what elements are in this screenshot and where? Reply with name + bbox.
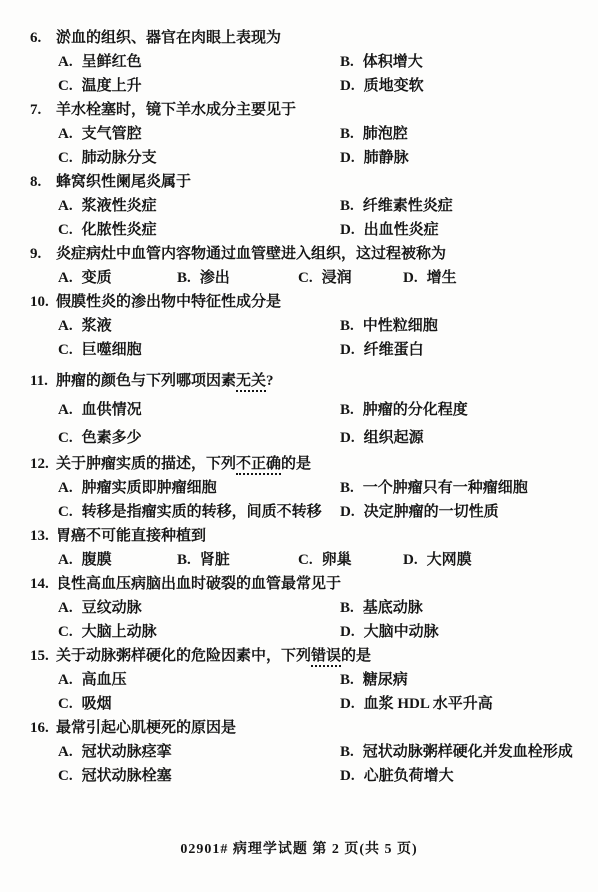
option-label: D. — [340, 342, 355, 358]
question-number: 16. — [30, 716, 56, 740]
options-row: A.浆液性炎症B.纤维素性炎症 — [30, 194, 572, 218]
option-a: A.浆液 — [58, 314, 340, 338]
option-text: 浆液性炎症 — [82, 198, 157, 214]
option-d: D.质地变软 — [340, 74, 572, 98]
question: 12.关于肿瘤实质的描述，下列不正确的是A.肿瘤实质即肿瘤细胞B.一个肿瘤只有一… — [30, 452, 572, 524]
options-row: A.肿瘤实质即肿瘤细胞B.一个肿瘤只有一种瘤细胞 — [30, 476, 572, 500]
option-label: A. — [58, 402, 73, 418]
option-b: B.肾脏 — [177, 548, 298, 572]
question-stem: 良性高血压病脑出血时破裂的血管最常见于 — [56, 572, 572, 596]
option-d: D.大网膜 — [403, 548, 572, 572]
option-text: 高血压 — [82, 672, 127, 688]
option-text: 肾脏 — [200, 552, 230, 568]
option-label: A. — [58, 744, 73, 760]
option-label: B. — [340, 126, 354, 142]
options-row: A.高血压B.糖尿病 — [30, 668, 572, 692]
option-text: 血浆 HDL 水平升高 — [364, 696, 493, 712]
option-label: B. — [340, 480, 354, 496]
option-label: C. — [298, 552, 313, 568]
option-label: B. — [340, 318, 354, 334]
option-a: A.呈鲜红色 — [58, 50, 340, 74]
emphasized-text: 无关 — [236, 373, 266, 392]
option-label: C. — [58, 504, 73, 520]
options-row: C.温度上升D.质地变软 — [30, 74, 572, 98]
option-text: 渗出 — [200, 270, 230, 286]
option-label: A. — [58, 198, 73, 214]
option-b: B.中性粒细胞 — [340, 314, 572, 338]
stem-text: 肿瘤的颜色与下列哪项因素 — [56, 373, 236, 389]
stem-text: 的是 — [341, 648, 371, 664]
option-b: B.基底动脉 — [340, 596, 572, 620]
option-d: D.增生 — [403, 266, 572, 290]
question-number: 6. — [30, 26, 56, 50]
question-stem: 蜂窝织性阑尾炎属于 — [56, 170, 572, 194]
options-row: A.变质B.渗出C.浸润D.增生 — [30, 266, 572, 290]
option-a: A.变质 — [58, 266, 177, 290]
question-stem-row: 16.最常引起心肌梗死的原因是 — [30, 716, 572, 740]
option-label: D. — [340, 78, 355, 94]
option-label: C. — [58, 342, 73, 358]
option-a: A.血供情况 — [58, 396, 340, 424]
option-a: A.冠状动脉痉挛 — [58, 740, 340, 764]
option-label: C. — [58, 430, 73, 446]
option-text: 吸烟 — [82, 696, 112, 712]
option-text: 呈鲜红色 — [82, 54, 142, 70]
option-text: 冠状动脉粥样硬化并发血栓形成 — [363, 744, 573, 760]
option-label: D. — [340, 624, 355, 640]
option-text: 体积增大 — [363, 54, 423, 70]
option-b: B.一个肿瘤只有一种瘤细胞 — [340, 476, 572, 500]
option-c: C.转移是指瘤实质的转移，间质不转移 — [58, 500, 340, 524]
stem-text: 蜂窝织性阑尾炎属于 — [56, 174, 191, 190]
question: 15.关于动脉粥样硬化的危险因素中，下列错误的是A.高血压B.糖尿病C.吸烟D.… — [30, 644, 572, 716]
option-label: A. — [58, 480, 73, 496]
option-text: 色素多少 — [82, 430, 142, 446]
option-b: B.纤维素性炎症 — [340, 194, 572, 218]
question: 16.最常引起心肌梗死的原因是A.冠状动脉痉挛B.冠状动脉粥样硬化并发血栓形成C… — [30, 716, 572, 788]
option-text: 肺动脉分支 — [82, 150, 157, 166]
option-label: D. — [403, 552, 418, 568]
options-row: A.冠状动脉痉挛B.冠状动脉粥样硬化并发血栓形成 — [30, 740, 572, 764]
stem-text: 的是 — [281, 456, 311, 472]
option-text: 增生 — [427, 270, 457, 286]
question-number: 13. — [30, 524, 56, 548]
question-stem: 淤血的组织、器官在肉眼上表现为 — [56, 26, 572, 50]
option-c: C.浸润 — [298, 266, 403, 290]
question: 7.羊水栓塞时，镜下羊水成分主要见于A.支气管腔B.肺泡腔C.肺动脉分支D.肺静… — [30, 98, 572, 170]
question-stem: 羊水栓塞时，镜下羊水成分主要见于 — [56, 98, 572, 122]
option-a: A.高血压 — [58, 668, 340, 692]
options-row: C.巨噬细胞D.纤维蛋白 — [30, 338, 572, 362]
option-label: D. — [403, 270, 418, 286]
question-number: 14. — [30, 572, 56, 596]
options-row: C.色素多少D.组织起源 — [30, 424, 572, 452]
option-text: 基底动脉 — [363, 600, 423, 616]
option-label: B. — [340, 198, 354, 214]
option-label: C. — [58, 624, 73, 640]
option-c: C.卵巢 — [298, 548, 403, 572]
option-text: 纤维素性炎症 — [363, 198, 453, 214]
question-stem-row: 6.淤血的组织、器官在肉眼上表现为 — [30, 26, 572, 50]
option-c: C.肺动脉分支 — [58, 146, 340, 170]
question: 13.胃癌不可能直接种植到A.腹膜B.肾脏C.卵巢D.大网膜 — [30, 524, 572, 572]
option-d: D.决定肿瘤的一切性质 — [340, 500, 572, 524]
stem-text: 淤血的组织、器官在肉眼上表现为 — [56, 30, 281, 46]
option-text: 肿瘤的分化程度 — [363, 402, 468, 418]
option-text: 冠状动脉栓塞 — [82, 768, 172, 784]
option-text: 大网膜 — [427, 552, 472, 568]
option-label: B. — [340, 672, 354, 688]
option-d: D.肺静脉 — [340, 146, 572, 170]
question-stem-row: 11.肿瘤的颜色与下列哪项因素无关? — [30, 369, 572, 393]
option-label: B. — [340, 600, 354, 616]
question: 8.蜂窝织性阑尾炎属于A.浆液性炎症B.纤维素性炎症C.化脓性炎症D.出血性炎症 — [30, 170, 572, 242]
option-b: B.冠状动脉粥样硬化并发血栓形成 — [340, 740, 573, 764]
question-stem: 关于动脉粥样硬化的危险因素中，下列错误的是 — [56, 644, 572, 668]
option-text: 一个肿瘤只有一种瘤细胞 — [363, 480, 528, 496]
option-c: C.吸烟 — [58, 692, 340, 716]
question-stem-row: 15.关于动脉粥样硬化的危险因素中，下列错误的是 — [30, 644, 572, 668]
option-text: 卵巢 — [322, 552, 352, 568]
option-text: 组织起源 — [364, 430, 424, 446]
option-text: 大脑上动脉 — [82, 624, 157, 640]
option-text: 决定肿瘤的一切性质 — [364, 504, 499, 520]
question: 6.淤血的组织、器官在肉眼上表现为A.呈鲜红色B.体积增大C.温度上升D.质地变… — [30, 26, 572, 98]
stem-text: 关于动脉粥样硬化的危险因素中，下列 — [56, 648, 311, 664]
exam-page: { "page": { "footer": "02901# 病理学试题 第 2 … — [0, 0, 598, 892]
option-text: 肺静脉 — [364, 150, 409, 166]
option-c: C.巨噬细胞 — [58, 338, 340, 362]
option-b: B.肿瘤的分化程度 — [340, 396, 572, 424]
option-label: A. — [58, 318, 73, 334]
option-label: B. — [177, 270, 191, 286]
question: 9.炎症病灶中血管内容物通过血管壁进入组织，这过程被称为A.变质B.渗出C.浸润… — [30, 242, 572, 290]
option-text: 豆纹动脉 — [82, 600, 142, 616]
options-row: C.转移是指瘤实质的转移，间质不转移D.决定肿瘤的一切性质 — [30, 500, 572, 524]
option-label: C. — [58, 150, 73, 166]
options-row: A.支气管腔B.肺泡腔 — [30, 122, 572, 146]
option-label: A. — [58, 552, 73, 568]
question-stem-row: 7.羊水栓塞时，镜下羊水成分主要见于 — [30, 98, 572, 122]
options-row: C.冠状动脉栓塞D.心脏负荷增大 — [30, 764, 572, 788]
option-c: C.冠状动脉栓塞 — [58, 764, 340, 788]
stem-text: 良性高血压病脑出血时破裂的血管最常见于 — [56, 576, 341, 592]
stem-text: ? — [266, 373, 274, 389]
option-d: D.大脑中动脉 — [340, 620, 572, 644]
question-list: 6.淤血的组织、器官在肉眼上表现为A.呈鲜红色B.体积增大C.温度上升D.质地变… — [30, 26, 572, 788]
option-b: B.糖尿病 — [340, 668, 572, 692]
option-label: A. — [58, 270, 73, 286]
option-text: 转移是指瘤实质的转移，间质不转移 — [82, 504, 322, 520]
stem-text: 胃癌不可能直接种植到 — [56, 528, 206, 544]
question-number: 11. — [30, 369, 56, 393]
option-text: 腹膜 — [82, 552, 112, 568]
option-label: D. — [340, 504, 355, 520]
option-text: 肿瘤实质即肿瘤细胞 — [82, 480, 217, 496]
question-number: 8. — [30, 170, 56, 194]
option-text: 肺泡腔 — [363, 126, 408, 142]
question-stem: 关于肿瘤实质的描述，下列不正确的是 — [56, 452, 572, 476]
option-text: 糖尿病 — [363, 672, 408, 688]
question-number: 12. — [30, 452, 56, 476]
option-c: C.大脑上动脉 — [58, 620, 340, 644]
question-number: 7. — [30, 98, 56, 122]
option-d: D.纤维蛋白 — [340, 338, 572, 362]
option-text: 变质 — [82, 270, 112, 286]
option-label: C. — [298, 270, 313, 286]
options-row: A.豆纹动脉B.基底动脉 — [30, 596, 572, 620]
exam-page-body: 6.淤血的组织、器官在肉眼上表现为A.呈鲜红色B.体积增大C.温度上升D.质地变… — [0, 0, 598, 788]
options-row: C.吸烟D.血浆 HDL 水平升高 — [30, 692, 572, 716]
option-text: 支气管腔 — [82, 126, 142, 142]
options-row: A.浆液B.中性粒细胞 — [30, 314, 572, 338]
emphasized-text: 错误 — [311, 648, 341, 667]
question-stem: 胃癌不可能直接种植到 — [56, 524, 572, 548]
option-label: D. — [340, 430, 355, 446]
option-label: A. — [58, 54, 73, 70]
question: 10.假膜性炎的渗出物中特征性成分是A.浆液B.中性粒细胞C.巨噬细胞D.纤维蛋… — [30, 290, 572, 362]
option-label: D. — [340, 222, 355, 238]
stem-text: 假膜性炎的渗出物中特征性成分是 — [56, 294, 281, 310]
option-a: A.腹膜 — [58, 548, 177, 572]
option-a: A.浆液性炎症 — [58, 194, 340, 218]
option-text: 冠状动脉痉挛 — [82, 744, 172, 760]
stem-text: 炎症病灶中血管内容物通过血管壁进入组织，这过程被称为 — [56, 246, 446, 262]
option-text: 巨噬细胞 — [82, 342, 142, 358]
option-c: C.温度上升 — [58, 74, 340, 98]
question: 14.良性高血压病脑出血时破裂的血管最常见于A.豆纹动脉B.基底动脉C.大脑上动… — [30, 572, 572, 644]
option-a: A.肿瘤实质即肿瘤细胞 — [58, 476, 340, 500]
option-label: C. — [58, 78, 73, 94]
option-b: B.体积增大 — [340, 50, 572, 74]
option-label: C. — [58, 222, 73, 238]
option-label: A. — [58, 126, 73, 142]
page-footer: 02901# 病理学试题 第 2 页(共 5 页) — [0, 838, 598, 858]
option-label: B. — [177, 552, 191, 568]
question-number: 9. — [30, 242, 56, 266]
option-text: 心脏负荷增大 — [364, 768, 454, 784]
option-c: C.色素多少 — [58, 424, 340, 452]
question-stem-row: 13.胃癌不可能直接种植到 — [30, 524, 572, 548]
option-text: 出血性炎症 — [364, 222, 439, 238]
question-stem: 肿瘤的颜色与下列哪项因素无关? — [56, 369, 572, 393]
question: 11.肿瘤的颜色与下列哪项因素无关?A.血供情况B.肿瘤的分化程度C.色素多少D… — [30, 369, 572, 452]
option-text: 纤维蛋白 — [364, 342, 424, 358]
option-label: B. — [340, 744, 354, 760]
question-number: 15. — [30, 644, 56, 668]
option-text: 血供情况 — [82, 402, 142, 418]
option-text: 浸润 — [322, 270, 352, 286]
option-label: B. — [340, 402, 354, 418]
options-row: A.呈鲜红色B.体积增大 — [30, 50, 572, 74]
options-row: A.腹膜B.肾脏C.卵巢D.大网膜 — [30, 548, 572, 572]
option-d: D.组织起源 — [340, 424, 572, 452]
option-a: A.豆纹动脉 — [58, 596, 340, 620]
option-b: B.渗出 — [177, 266, 298, 290]
question-stem: 假膜性炎的渗出物中特征性成分是 — [56, 290, 572, 314]
option-label: A. — [58, 672, 73, 688]
option-text: 化脓性炎症 — [82, 222, 157, 238]
question-stem-row: 8.蜂窝织性阑尾炎属于 — [30, 170, 572, 194]
stem-text: 关于肿瘤实质的描述，下列 — [56, 456, 236, 472]
options-row: C.化脓性炎症D.出血性炎症 — [30, 218, 572, 242]
option-label: D. — [340, 150, 355, 166]
option-text: 温度上升 — [82, 78, 142, 94]
option-label: A. — [58, 600, 73, 616]
question-stem-row: 12.关于肿瘤实质的描述，下列不正确的是 — [30, 452, 572, 476]
option-label: D. — [340, 768, 355, 784]
options-row: C.大脑上动脉D.大脑中动脉 — [30, 620, 572, 644]
option-a: A.支气管腔 — [58, 122, 340, 146]
question-stem: 最常引起心肌梗死的原因是 — [56, 716, 572, 740]
option-b: B.肺泡腔 — [340, 122, 572, 146]
option-label: B. — [340, 54, 354, 70]
option-text: 中性粒细胞 — [363, 318, 438, 334]
question-number: 10. — [30, 290, 56, 314]
option-text: 大脑中动脉 — [364, 624, 439, 640]
options-row: C.肺动脉分支D.肺静脉 — [30, 146, 572, 170]
stem-text: 最常引起心肌梗死的原因是 — [56, 720, 236, 736]
option-text: 浆液 — [82, 318, 112, 334]
option-label: D. — [340, 696, 355, 712]
question-stem-row: 14.良性高血压病脑出血时破裂的血管最常见于 — [30, 572, 572, 596]
option-d: D.心脏负荷增大 — [340, 764, 572, 788]
option-label: C. — [58, 768, 73, 784]
question-stem-row: 9.炎症病灶中血管内容物通过血管壁进入组织，这过程被称为 — [30, 242, 572, 266]
emphasized-text: 不正确 — [236, 456, 281, 475]
option-d: D.出血性炎症 — [340, 218, 572, 242]
options-row: A.血供情况B.肿瘤的分化程度 — [30, 396, 572, 424]
option-label: C. — [58, 696, 73, 712]
stem-text: 羊水栓塞时，镜下羊水成分主要见于 — [56, 102, 296, 118]
option-text: 质地变软 — [364, 78, 424, 94]
question-stem: 炎症病灶中血管内容物通过血管壁进入组织，这过程被称为 — [56, 242, 572, 266]
option-d: D.血浆 HDL 水平升高 — [340, 692, 572, 716]
option-c: C.化脓性炎症 — [58, 218, 340, 242]
question-stem-row: 10.假膜性炎的渗出物中特征性成分是 — [30, 290, 572, 314]
